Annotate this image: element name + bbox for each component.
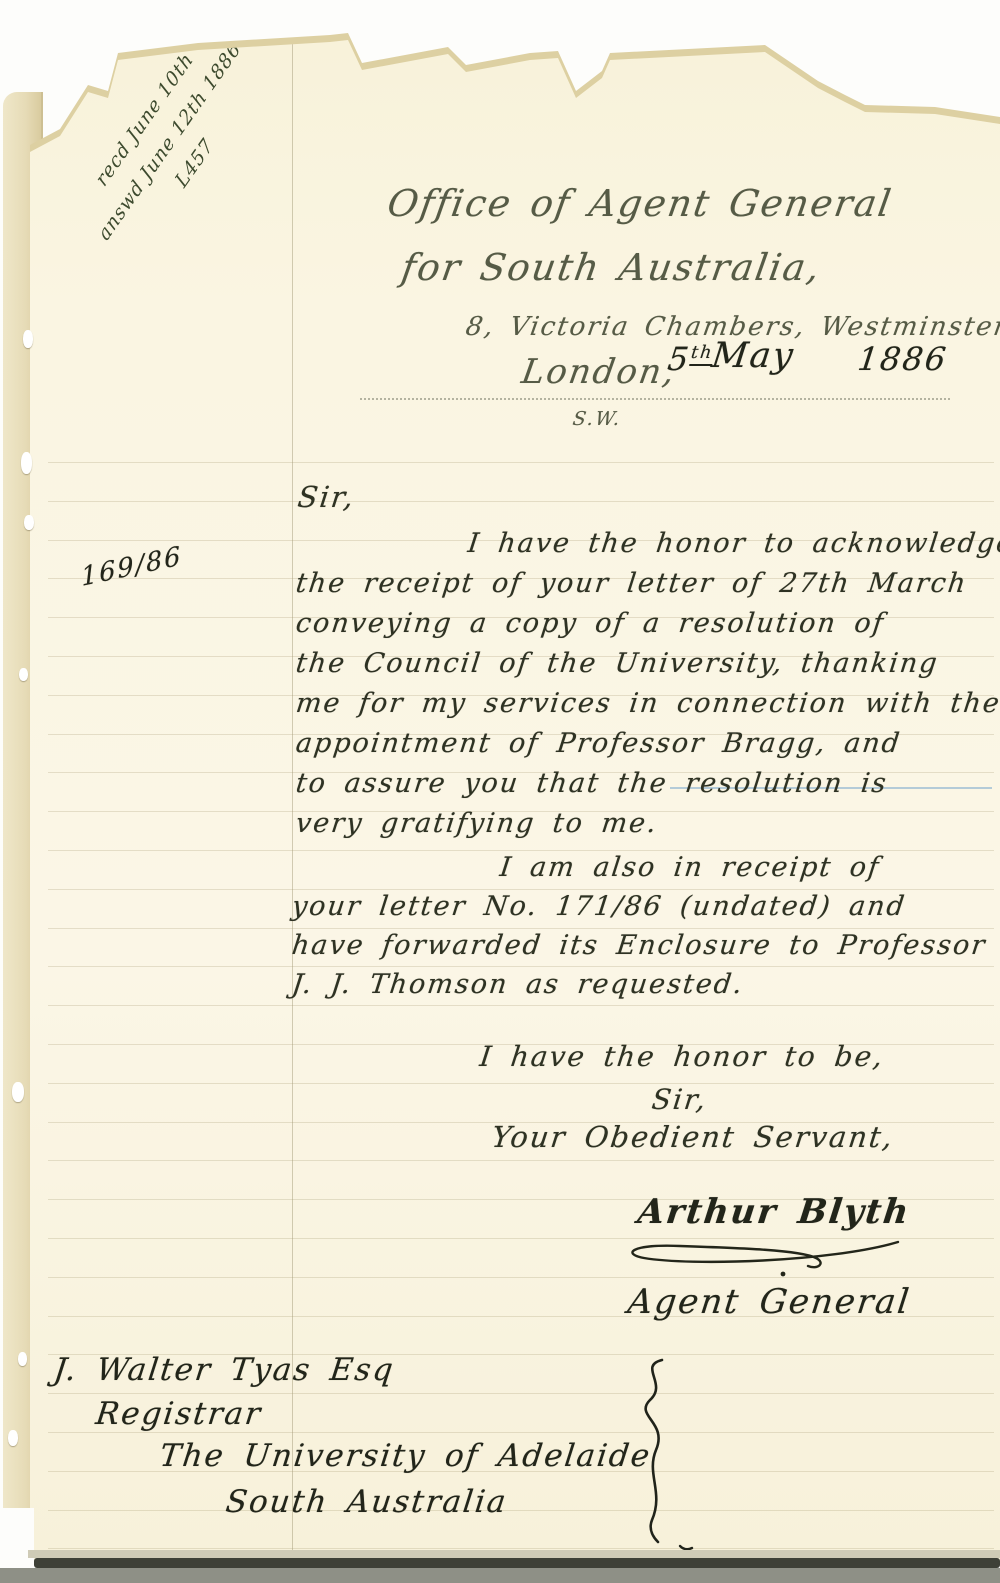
body-line: very gratifying to me. (294, 808, 660, 839)
body-line: appointment of Professor Bragg, and (294, 728, 903, 759)
body-line: have forwarded its Enclosure to Professo… (290, 930, 988, 961)
binding-hole (8, 1430, 18, 1446)
body-line: I am also in receipt of (498, 852, 882, 883)
ruled-line (48, 889, 994, 890)
body-line: the Council of the University, thanking (294, 648, 940, 679)
date-baseline (360, 396, 950, 400)
body-line: conveying a copy of a resolution of (294, 608, 887, 639)
binding-hole (24, 515, 34, 530)
body-line: to assure you that the resolution is (294, 768, 889, 799)
closing-line: Sir, (650, 1083, 709, 1116)
recipient-line: South Australia (224, 1484, 510, 1520)
binding-hole (23, 330, 33, 348)
letterhead-postal-district: S.W. (571, 408, 623, 430)
binding-hole (12, 1082, 24, 1102)
recipient-line: The University of Adelaide (158, 1438, 654, 1474)
salutation: Sir, (296, 480, 357, 514)
letter-paper: recd June 10th answd June 12th 1886 L457… (30, 40, 1000, 1562)
scan-background-bar (0, 1568, 1000, 1583)
body-line: the receipt of your letter of 27th March (294, 568, 969, 599)
binding-hole (21, 452, 32, 474)
ruled-line (48, 1432, 994, 1433)
page-bottom-edge (28, 1550, 1000, 1558)
ruled-line (48, 928, 994, 929)
body-line: J. J. Thomson as requested. (290, 969, 746, 1000)
document-scan: recd June 10th answd June 12th 1886 L457… (0, 0, 1000, 1583)
ruled-line (48, 1160, 994, 1161)
signature-title: Agent General (626, 1282, 913, 1322)
closing-line: Your Obedient Servant, (490, 1120, 896, 1154)
date-day-number: 5 (666, 340, 693, 378)
ruled-line (48, 501, 994, 502)
body-line: I have the honor to acknowledge (466, 528, 1000, 559)
closing-line: I have the honor to be, (478, 1040, 886, 1073)
date-year: 1886 (856, 340, 950, 378)
ruled-line (48, 1393, 994, 1394)
ruled-line (48, 1005, 994, 1006)
body-line: me for my services in connection with th… (294, 688, 1000, 719)
letterhead-city: London, (519, 352, 679, 392)
ruled-line (48, 1083, 994, 1084)
letterhead-line2: for South Australia, (399, 246, 825, 289)
letterhead-line1: Office of Agent General (385, 182, 896, 225)
body-line: your letter No. 171/86 (undated) and (290, 891, 908, 922)
docket-number: 169/86 (80, 541, 183, 593)
ruled-line (48, 1510, 994, 1511)
fold-line (292, 40, 293, 1562)
ruled-line (48, 850, 994, 851)
date-month: May (710, 336, 797, 376)
signature-flourish (620, 1236, 910, 1280)
ruled-line (48, 462, 994, 463)
binding-hole (18, 1352, 27, 1366)
signature-name: Arthur Blyth (636, 1192, 913, 1232)
scan-shadow-bar (34, 1558, 1000, 1568)
binding-hole (19, 668, 28, 681)
recipient-line: J. Walter Tyas Esq (52, 1352, 397, 1388)
ruled-line (48, 966, 994, 967)
recipient-bracket (628, 1358, 678, 1548)
recipient-line: Registrar (94, 1396, 264, 1432)
date-day: 5th (666, 340, 715, 378)
